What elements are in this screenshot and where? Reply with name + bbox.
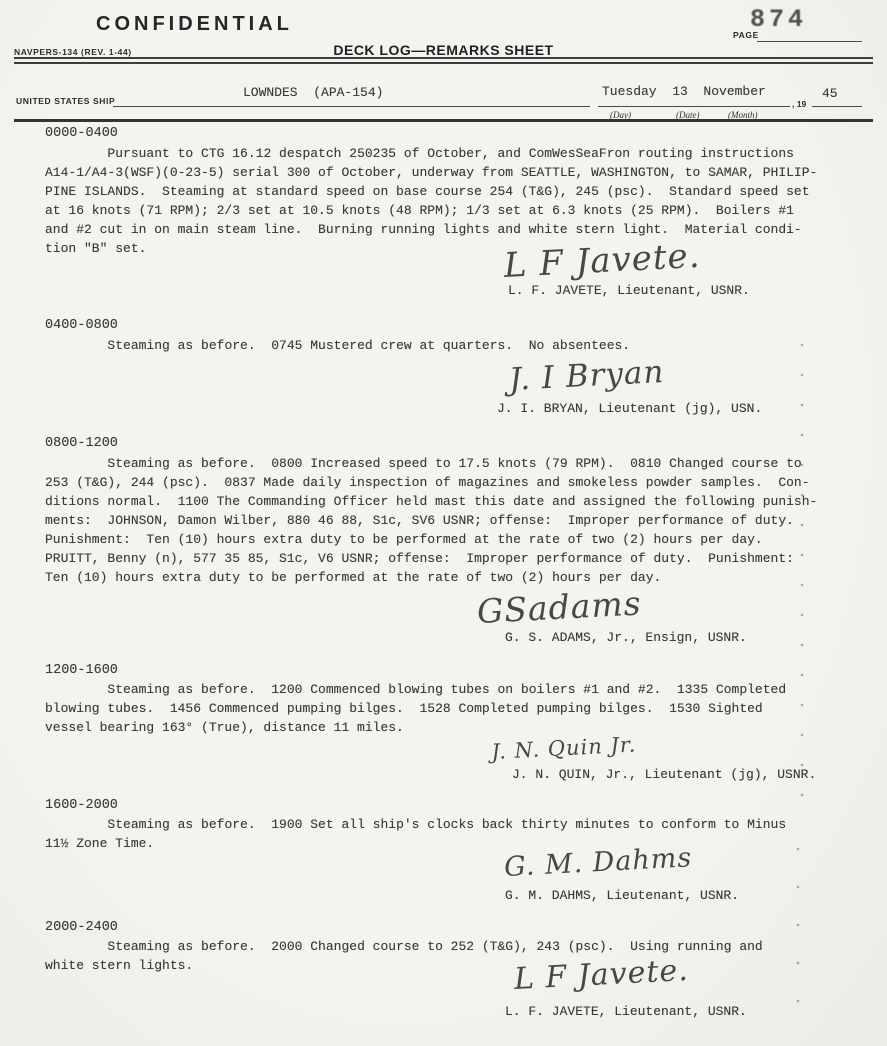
entry-text: Steaming as before. 0745 Mustered crew a…	[45, 336, 857, 355]
year-line	[812, 106, 862, 107]
scan-dot-marks	[796, 830, 800, 1030]
entry-time-range: 1600-2000	[45, 796, 118, 815]
entry-time-range: 0800-1200	[45, 434, 118, 453]
deck-log-page: CONFIDENTIAL 874 PAGE NAVPERS-134 (REV. …	[0, 0, 887, 1046]
signature-name: G. S. ADAMS, Jr., Ensign, USNR.	[505, 628, 747, 647]
year-prefix: , 19	[792, 99, 806, 109]
signature-name: G. M. DAHMS, Lieutenant, USNR.	[505, 886, 739, 905]
entry-time-range: 0400-0800	[45, 316, 118, 335]
entry-time-range: 2000-2400	[45, 918, 118, 937]
entry-time-range: 0000-0400	[45, 124, 118, 143]
signature-name: J. I. BRYAN, Lieutenant (jg), USN.	[497, 399, 762, 418]
signature-name: J. N. QUIN, Jr., Lieutenant (jg), USNR.	[512, 765, 816, 784]
entry-text: Steaming as before. 1200 Commenced blowi…	[45, 680, 857, 737]
header-double-rule	[14, 57, 873, 64]
entry-time-range: 1200-1600	[45, 661, 118, 680]
entry-text: Steaming as before. 2000 Changed course …	[45, 937, 857, 975]
header-thick-rule	[14, 119, 873, 122]
page-label: PAGE	[733, 30, 759, 40]
year-value: 45	[822, 84, 838, 103]
classification-stamp: CONFIDENTIAL	[96, 13, 293, 36]
entry-text: Pursuant to CTG 16.12 despatch 250235 of…	[45, 144, 857, 258]
signature-script: J. I Bryan	[508, 354, 665, 398]
log-date: Tuesday 13 November	[602, 82, 766, 101]
signature-name: L. F. JAVETE, Lieutenant, USNR.	[505, 1002, 747, 1021]
ship-name: LOWNDES (APA-154)	[243, 83, 383, 102]
signature-name: L. F. JAVETE, Lieutenant, USNR.	[508, 281, 750, 300]
scan-dot-marks	[800, 330, 804, 800]
ship-name-line	[113, 106, 590, 107]
form-title: DECK LOG—REMARKS SHEET	[0, 42, 887, 58]
date-line-rule	[598, 106, 790, 107]
entry-text: Steaming as before. 1900 Set all ship's …	[45, 815, 857, 853]
ship-label: UNITED STATES SHIP	[16, 96, 115, 106]
signature-script: GSadams	[476, 583, 642, 631]
entry-text: Steaming as before. 0800 Increased speed…	[45, 454, 857, 587]
signature-script: J. N. Quin Jr.	[491, 732, 637, 764]
